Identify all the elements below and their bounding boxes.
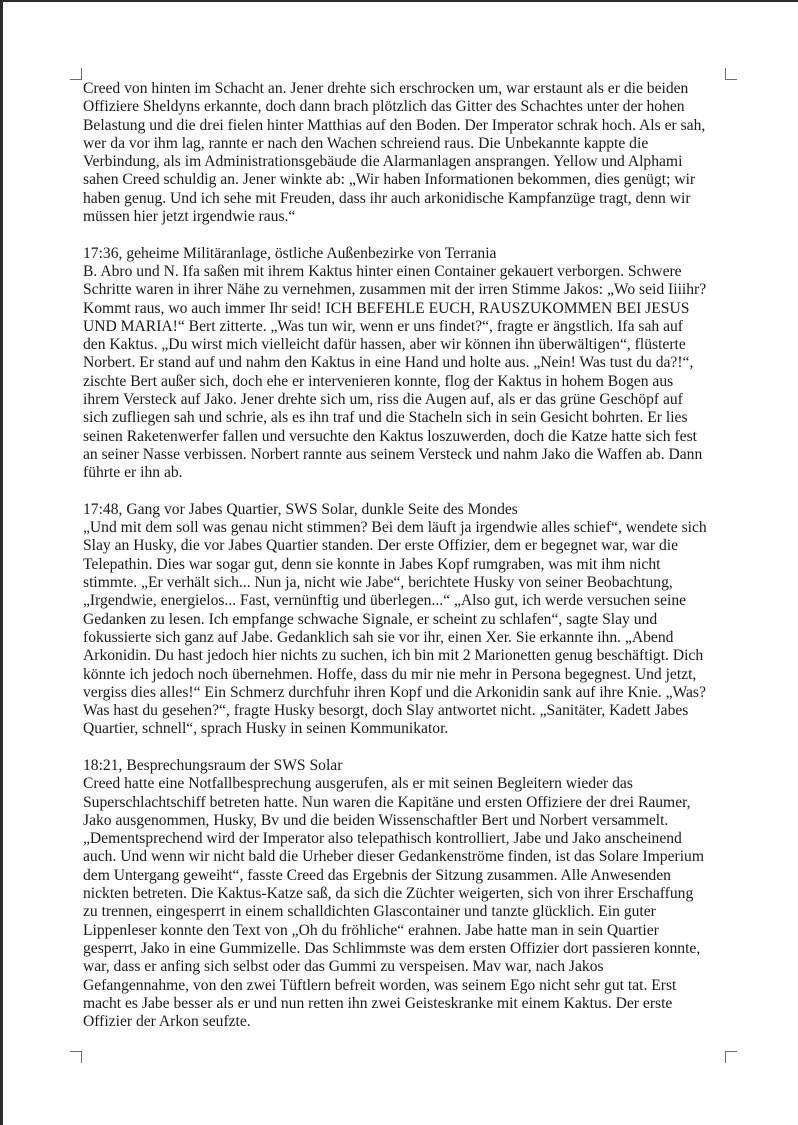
paragraph-line: Schritte waren in ihrer Nähe zu vernehme… xyxy=(83,281,743,299)
paragraph-line: haben genug. Und ich sehe mit Freuden, d… xyxy=(83,190,743,208)
paragraph-line: B. Abro und N. Ifa saßen mit ihrem Kaktu… xyxy=(83,263,743,281)
paragraph-line: Verbindung, als im Administrationsgebäud… xyxy=(83,153,743,171)
text-boundary-corner-top-right xyxy=(725,68,737,80)
paragraph-line: Telepathin. Dies war sogar gut, denn sie… xyxy=(83,556,743,574)
paragraph-line: Gefangennahme, von den zwei Tüftlern bef… xyxy=(83,977,743,995)
text-boundary-corner-bottom-right xyxy=(725,1051,737,1063)
paragraph-line: Was hast du gesehen?“, fragte Husky beso… xyxy=(83,702,743,720)
paragraph-line: fokussierte sich ganz auf Jabe. Gedankli… xyxy=(83,629,743,647)
paragraph-line: zu trennen, eingesperrt in einem schalld… xyxy=(83,903,743,921)
section-heading: 17:48, Gang vor Jabes Quartier, SWS Sola… xyxy=(83,501,743,519)
paragraph-line: zischte Bert außer sich, doch ehe er int… xyxy=(83,373,743,391)
paragraph-line: Slay an Husky, die vor Jabes Quartier st… xyxy=(83,537,743,555)
document-section: 17:36, geheime Militäranlage, östliche A… xyxy=(83,245,743,483)
paragraph-line: sahen Creed schuldig an. Jener winkte ab… xyxy=(83,171,743,189)
paragraph-line: vergiss dies alles!“ Ein Schmerz durchfu… xyxy=(83,684,743,702)
paragraph-line: „Irgendwie, energielos... Fast, vernünft… xyxy=(83,592,743,610)
paragraph-line: Kommt raus, wo auch immer Ihr seid! ICH … xyxy=(83,300,743,318)
section-heading: 17:36, geheime Militäranlage, östliche A… xyxy=(83,245,743,263)
paragraph-line: nickten betreten. Die Kaktus-Katze saß, … xyxy=(83,885,743,903)
paragraph-line: „Dementsprechend wird der Imperator also… xyxy=(83,830,743,848)
document-viewport[interactable]: Creed von hinten im Schacht an. Jener dr… xyxy=(0,0,798,1125)
paragraph-line: könnte ich jedoch noch übernehmen. Hoffe… xyxy=(83,666,743,684)
paragraph-line: an seiner Nasse verbissen. Norbert rannt… xyxy=(83,446,743,464)
paragraph-line: den Kaktus. „Du wirst mich vielleicht da… xyxy=(83,336,743,354)
paragraph-line: dem Untergang geweiht“, fasste Creed das… xyxy=(83,867,743,885)
document-section: Creed von hinten im Schacht an. Jener dr… xyxy=(83,80,743,226)
text-boundary-corner-bottom-left xyxy=(70,1051,82,1063)
paragraph-line: „Und mit dem soll was genau nicht stimme… xyxy=(83,519,743,537)
document-body[interactable]: Creed von hinten im Schacht an. Jener dr… xyxy=(83,80,743,1031)
paragraph-line: auch. Und wenn wir nicht bald die Urhebe… xyxy=(83,848,743,866)
paragraph-line: sich zufliegen sah und schrie, als es ih… xyxy=(83,409,743,427)
paragraph-line: Arkonidin. Du hast jedoch hier nichts zu… xyxy=(83,647,743,665)
paragraph-line: Superschlachtschiff betreten hatte. Nun … xyxy=(83,794,743,812)
paragraph-line: Belastung und die drei fielen hinter Mat… xyxy=(83,117,743,135)
paragraph-line: Norbert. Er stand auf und nahm den Kaktu… xyxy=(83,354,743,372)
paragraph-line: war, dass er anfing sich selbst oder das… xyxy=(83,958,743,976)
paragraph-line: Gedanken zu lesen. Ich empfange schwache… xyxy=(83,611,743,629)
paragraph-line: ihrem Versteck auf Jako. Jener drehte si… xyxy=(83,391,743,409)
paragraph-line: wer da vor ihm lag, rannte er nach den W… xyxy=(83,135,743,153)
paragraph-line: gesperrt, Jako in eine Gummizelle. Das S… xyxy=(83,940,743,958)
document-section: 18:21, Besprechungsraum der SWS SolarCre… xyxy=(83,757,743,1031)
paragraph-line: führte er ihn ab. xyxy=(83,464,743,482)
paragraph-line: stimmte. „Er verhält sich... Nun ja, nic… xyxy=(83,574,743,592)
document-section: 17:48, Gang vor Jabes Quartier, SWS Sola… xyxy=(83,501,743,739)
paragraph-line: seinen Raketenwerfer fallen und versucht… xyxy=(83,428,743,446)
paragraph-line: Offiziere Sheldyns erkannte, doch dann b… xyxy=(83,98,743,116)
paragraph-line: Jako ausgenommen, Husky, Bv und die beid… xyxy=(83,812,743,830)
paragraph-line: UND MARIA!“ Bert zitterte. „Was tun wir,… xyxy=(83,318,743,336)
paragraph-line: Offizier der Arkon seufzte. xyxy=(83,1013,743,1031)
section-heading: 18:21, Besprechungsraum der SWS Solar xyxy=(83,757,743,775)
paragraph-line: Lippenleser konnte den Text von „Oh du f… xyxy=(83,922,743,940)
paragraph-line: müssen hier jetzt irgendwie raus.“ xyxy=(83,208,743,226)
paragraph-line: Creed von hinten im Schacht an. Jener dr… xyxy=(83,80,743,98)
text-boundary-corner-top-left xyxy=(70,68,82,80)
paragraph-line: Quartier, schnell“, sprach Husky in sein… xyxy=(83,720,743,738)
paragraph-line: macht es Jabe besser als er und nun rett… xyxy=(83,995,743,1013)
paragraph-line: Creed hatte eine Notfallbesprechung ausg… xyxy=(83,775,743,793)
